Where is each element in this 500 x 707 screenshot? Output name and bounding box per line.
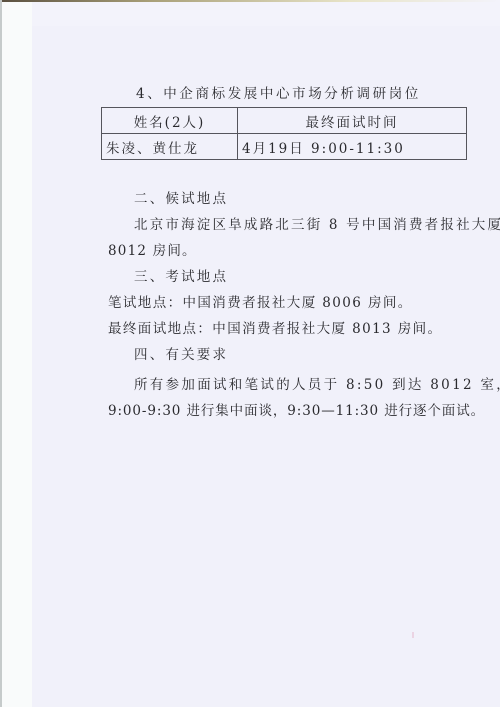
waiting-location-heading: 二、候试地点	[134, 191, 228, 207]
cell-time: 4月19日 9:00-11:30	[238, 134, 467, 160]
interview-schedule-table: 姓名(2人) 最终面试时间 朱凌、黄仕龙 4月19日 9:00-11:30	[101, 107, 467, 160]
requirements-heading: 四、有关要求	[134, 347, 228, 363]
final-interview-location: 最终面试地点：中国消费者报社大厦 8013 房间。	[108, 321, 442, 337]
requirements-text-1: 所有参加面试和笔试的人员于 8:50 到达 8012 室，	[134, 377, 500, 393]
scan-speck	[412, 632, 414, 638]
waiting-location-text-1: 北京市海淀区阜成路北三街 8 号中国消费者报社大厦	[134, 217, 500, 233]
section-title: 4、中企商标发展中心市场分析调研岗位	[136, 86, 421, 102]
header-final-interview-time: 最终面试时间	[238, 108, 467, 134]
written-exam-location: 笔试地点：中国消费者报社大厦 8006 房间。	[108, 295, 413, 311]
requirements-text-2: 9:00-9:30 进行集中面谈，9:30—11:30 进行逐个面试。	[108, 403, 485, 419]
scan-left-margin	[0, 2, 32, 707]
cell-names: 朱凌、黄仕龙	[102, 134, 238, 160]
table-row: 朱凌、黄仕龙 4月19日 9:00-11:30	[102, 134, 467, 160]
waiting-location-text-2: 8012 房间。	[108, 243, 197, 259]
header-name: 姓名(2人)	[102, 108, 238, 134]
scan-left-edge	[0, 0, 2, 707]
exam-location-heading: 三、考试地点	[134, 269, 228, 285]
table-header-row: 姓名(2人) 最终面试时间	[102, 108, 467, 134]
scan-top-edge	[0, 0, 500, 2]
